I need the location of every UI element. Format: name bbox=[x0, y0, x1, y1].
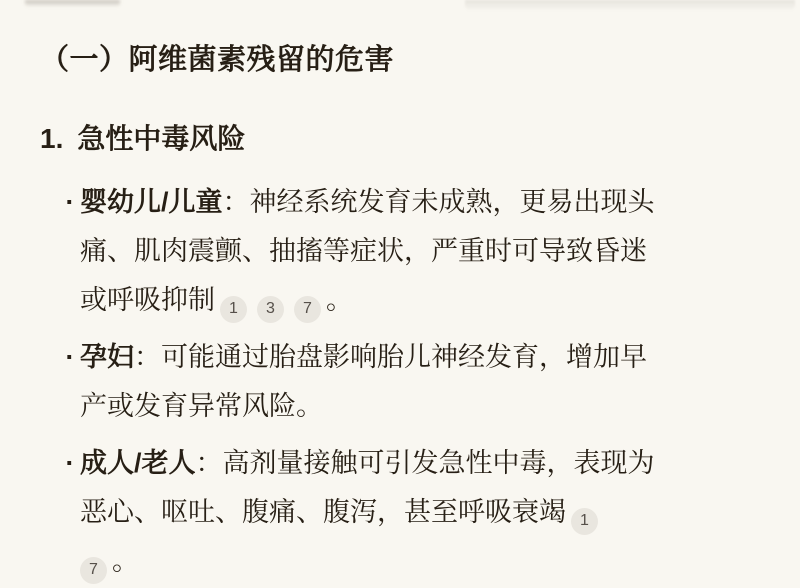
document-body: （一）阿维菌素残留的危害 1.急性中毒风险 · 婴幼儿/儿童：神经系统发育未成熟… bbox=[0, 0, 800, 586]
citation-badge[interactable]: 3 bbox=[257, 296, 284, 323]
list-item-adults: · 成人/老人：高剂量接触可引发急性中毒，表现为 恶心、呕吐、腹痛、腹泻，甚至呼… bbox=[40, 439, 770, 586]
bullet-text: 或呼吸抑制 bbox=[80, 285, 215, 315]
bullet-term: 孕妇 bbox=[80, 342, 134, 372]
bullet-line: 产或发育异常风险。 bbox=[80, 382, 770, 431]
period: 。 bbox=[112, 546, 139, 576]
bullet-term: 成人/老人 bbox=[80, 448, 196, 478]
section-number: 1. bbox=[40, 123, 63, 154]
bullet-dot-icon: · bbox=[60, 333, 80, 382]
bullet-line: 痛、肌肉震颤、抽搐等症状，严重时可导致昏迷 bbox=[80, 227, 770, 276]
bullet-line: 成人/老人：高剂量接触可引发急性中毒，表现为 bbox=[80, 439, 770, 488]
page-title: （一）阿维菌素残留的危害 bbox=[40, 44, 770, 77]
bullet-term: 婴幼儿/儿童 bbox=[80, 187, 223, 217]
section-title: 急性中毒风险 bbox=[77, 123, 245, 154]
bullet-line: 孕妇：可能通过胎盘影响胎儿神经发育，增加早 bbox=[80, 333, 770, 382]
bullet-line: 恶心、呕吐、腹痛、腹泻，甚至呼吸衰竭1 bbox=[80, 488, 770, 537]
citation-badge[interactable]: 1 bbox=[220, 296, 247, 323]
bullet-text: ：高剂量接触可引发急性中毒，表现为 bbox=[196, 448, 655, 478]
bullet-line: 或呼吸抑制137。 bbox=[80, 276, 770, 325]
bullet-line: 7。 bbox=[80, 537, 770, 586]
citation-badge[interactable]: 7 bbox=[80, 557, 107, 584]
bullet-dot-icon: · bbox=[60, 439, 80, 488]
citation-badge[interactable]: 7 bbox=[294, 296, 321, 323]
list-item-infants: · 婴幼儿/儿童：神经系统发育未成熟，更易出现头 痛、肌肉震颤、抽搐等症状，严重… bbox=[40, 178, 770, 325]
bullet-text: ：可能通过胎盘影响胎儿神经发育，增加早 bbox=[134, 342, 647, 372]
citation-badge[interactable]: 1 bbox=[571, 508, 598, 535]
section-heading: 1.急性中毒风险 bbox=[40, 123, 770, 154]
bullet-text: 恶心、呕吐、腹痛、腹泻，甚至呼吸衰竭 bbox=[80, 497, 566, 527]
bullet-dot-icon: · bbox=[60, 178, 80, 227]
bullet-list: · 婴幼儿/儿童：神经系统发育未成熟，更易出现头 痛、肌肉震颤、抽搐等症状，严重… bbox=[40, 178, 770, 586]
list-item-pregnant: · 孕妇：可能通过胎盘影响胎儿神经发育，增加早 产或发育异常风险。 bbox=[40, 333, 770, 431]
bullet-line: 婴幼儿/儿童：神经系统发育未成熟，更易出现头 bbox=[80, 178, 770, 227]
period: 。 bbox=[326, 285, 353, 315]
bullet-text: ：神经系统发育未成熟，更易出现头 bbox=[223, 187, 655, 217]
